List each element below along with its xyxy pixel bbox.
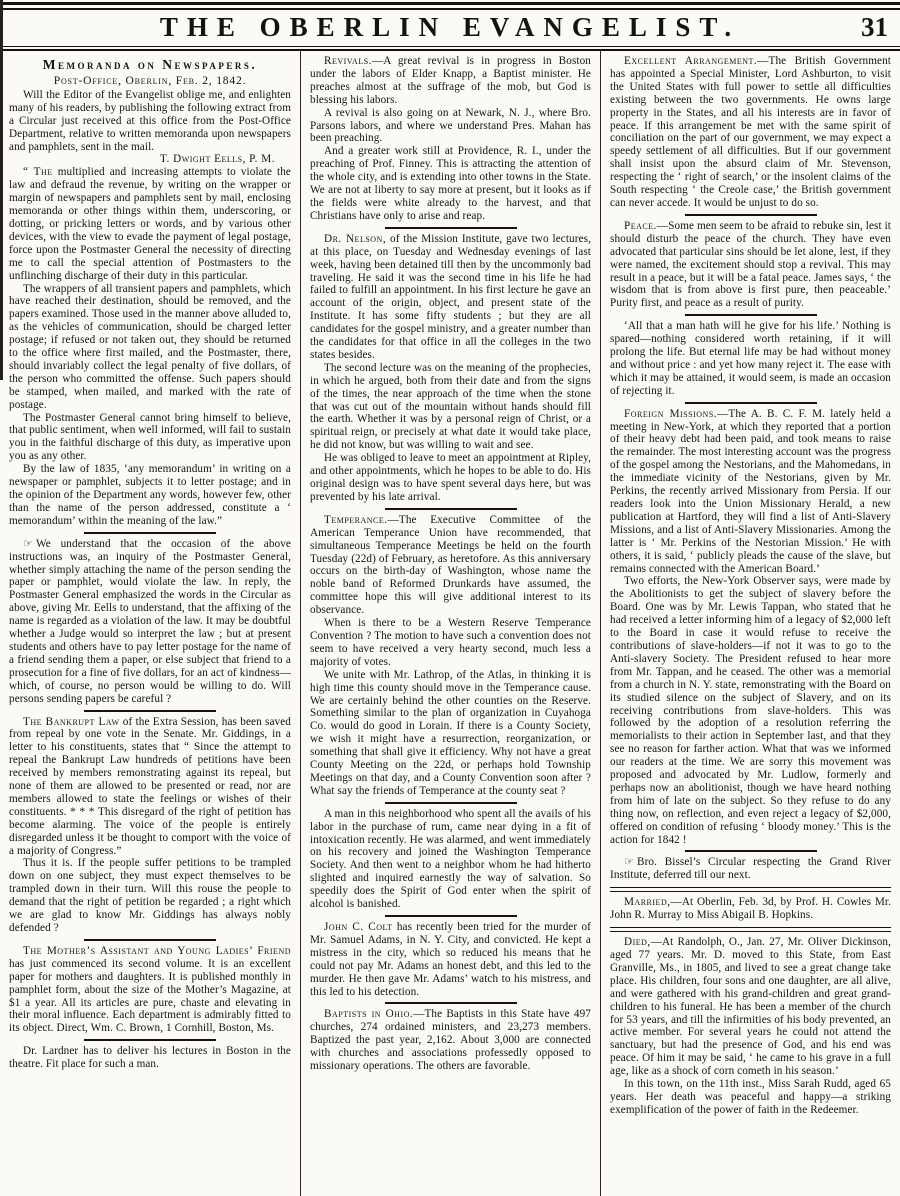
article: Memoranda on Newspapers.Post-Office, Obe… [9, 57, 291, 166]
newspaper-page: THE OBERLIN EVANGELIST. 31 Memoranda on … [0, 0, 900, 1196]
article: Dr. Lardner has to deliver his lectures … [9, 1045, 291, 1071]
article-divider [84, 939, 216, 941]
paragraph: Will the Editor of the Evangelist oblige… [9, 89, 291, 154]
paragraph: Married,—At Oberlin, Feb. 3d, by Prof. H… [610, 896, 891, 922]
article: ‘All that a man hath will he give for hi… [610, 320, 891, 397]
article-divider [84, 1039, 216, 1041]
article: A man in this neighborhood who spent all… [310, 808, 591, 911]
article-divider [385, 227, 517, 229]
column-1: Memoranda on Newspapers.Post-Office, Obe… [0, 51, 300, 1196]
article-dateline: Post-Office, Oberlin, Feb. 2, 1842. [9, 75, 291, 88]
paragraph: Died,—At Randolph, O., Jan. 27, Mr. Oliv… [610, 936, 891, 1078]
article: John C. Colt has recently been tried for… [310, 921, 591, 998]
paragraph: ☞Bro. Bissel’s Circular respecting the G… [610, 856, 891, 882]
article: Baptists in Ohio.—The Baptists in this S… [310, 1008, 591, 1073]
article: Excellent Arrangement.—The British Gover… [610, 55, 891, 210]
paragraph: The Bankrupt Law of the Extra Session, h… [9, 716, 291, 858]
paragraph-lead: Foreign Missions. [624, 408, 717, 420]
paragraph: ‘All that a man hath will he give for hi… [610, 320, 891, 397]
article-divider [385, 1002, 517, 1004]
paragraph: Excellent Arrangement.—The British Gover… [610, 55, 891, 210]
paragraph: “ The multiplied and increasing attempts… [9, 166, 291, 282]
paragraph-lead: Dr. Nelson, [324, 233, 386, 245]
article: Married,—At Oberlin, Feb. 3d, by Prof. H… [610, 896, 891, 922]
article: “ The multiplied and increasing attempts… [9, 166, 291, 527]
section-divider-double-rule [610, 887, 891, 892]
masthead-rule-thin [0, 46, 900, 47]
article-divider [385, 802, 517, 804]
article-divider [84, 532, 216, 534]
paragraph-lead: Married, [624, 896, 671, 908]
paragraph-lead: Died, [624, 936, 651, 948]
paragraph: By the law of 1835, ‘any memorandum’ in … [9, 463, 291, 528]
paragraph: Temperance.—The Executive Committee of t… [310, 514, 591, 617]
scan-edge-artifact [0, 0, 3, 380]
article-heading: Memoranda on Newspapers. [9, 57, 291, 73]
top-rule [0, 8, 900, 10]
paragraph: John C. Colt has recently been tried for… [310, 921, 591, 998]
article: ☞Bro. Bissel’s Circular respecting the G… [610, 856, 891, 882]
article: Peace.—Some men seem to be afraid to reb… [610, 220, 891, 310]
paragraph: The wrappers of all transient papers and… [9, 283, 291, 412]
pointing-hand-icon: ☞ [23, 538, 36, 550]
newspaper-title: THE OBERLIN EVANGELIST. [0, 11, 900, 43]
paragraph: When is there to be a Western Reserve Te… [310, 617, 591, 669]
article-divider [385, 508, 517, 510]
paragraph: Peace.—Some men seem to be afraid to reb… [610, 220, 891, 310]
article-divider [685, 402, 817, 404]
paragraph-lead: John C. Colt [324, 921, 393, 933]
paragraph: Foreign Missions.—The A. B. C. F. M. lat… [610, 408, 891, 576]
paragraph: Revivals.—A great revival is in progress… [310, 55, 591, 107]
article: Temperance.—The Executive Committee of t… [310, 514, 591, 798]
paragraph: A man in this neighborhood who spent all… [310, 808, 591, 911]
paragraph-lead: Temperance. [324, 514, 388, 526]
paragraph: Dr. Nelson, of the Mission Institute, ga… [310, 233, 591, 362]
paragraph: A revival is also going on at Newark, N.… [310, 107, 591, 146]
paragraph-lead: Revivals. [324, 55, 372, 67]
paragraph: Dr. Lardner has to deliver his lectures … [9, 1045, 291, 1071]
article: Died,—At Randolph, O., Jan. 27, Mr. Oliv… [610, 936, 891, 1117]
article-divider [685, 214, 817, 216]
paragraph: ☞We understand that the occasion of the … [9, 538, 291, 706]
paragraph: He was obliged to leave to meet an appoi… [310, 452, 591, 504]
top-rule [0, 2, 900, 5]
paragraph: The second lecture was on the meaning of… [310, 362, 591, 452]
top-border-rules [0, 0, 900, 10]
paragraph-lead: Peace. [624, 220, 657, 232]
article-divider [685, 850, 817, 852]
section-divider-double-rule [610, 927, 891, 932]
article-divider [385, 915, 517, 917]
paragraph-lead: Excellent Arrangement. [624, 55, 757, 67]
paragraph-lead: The Bankrupt Law [23, 716, 120, 728]
column-3: Excellent Arrangement.—The British Gover… [600, 51, 900, 1196]
paragraph-lead: “ The [23, 166, 53, 178]
masthead: THE OBERLIN EVANGELIST. 31 [0, 11, 900, 45]
paragraph: Two efforts, the New-York Observer says,… [610, 575, 891, 846]
paragraph: And a greater work still at Providence, … [310, 145, 591, 222]
paragraph-lead: Baptists in Ohio. [324, 1008, 413, 1020]
signature: T. Dwight Eells, P. M. [9, 153, 291, 166]
paragraph: Thus it is. If the people suffer petitio… [9, 857, 291, 934]
column-2: Revivals.—A great revival is in progress… [300, 51, 600, 1196]
paragraph: The Mother’s Assistant and Young Ladies’… [9, 945, 291, 1035]
article-divider [685, 314, 817, 316]
article: Dr. Nelson, of the Mission Institute, ga… [310, 233, 591, 504]
paragraph: Baptists in Ohio.—The Baptists in this S… [310, 1008, 591, 1073]
paragraph: We unite with Mr. Lathrop, of the Atlas,… [310, 669, 591, 798]
article: ☞We understand that the occasion of the … [9, 538, 291, 706]
article: Revivals.—A great revival is in progress… [310, 55, 591, 223]
article: The Mother’s Assistant and Young Ladies’… [9, 945, 291, 1035]
paragraph: In this town, on the 11th inst., Miss Sa… [610, 1078, 891, 1117]
page-number: 31 [861, 11, 888, 43]
article: Foreign Missions.—The A. B. C. F. M. lat… [610, 408, 891, 847]
paragraph-lead: The Mother’s Assistant and Young Ladies’… [23, 945, 291, 957]
pointing-hand-icon: ☞ [624, 856, 637, 868]
article: The Bankrupt Law of the Extra Session, h… [9, 716, 291, 935]
paragraph: The Postmaster General cannot bring hims… [9, 412, 291, 464]
article-divider [84, 710, 216, 712]
columns-container: Memoranda on Newspapers.Post-Office, Obe… [0, 51, 900, 1196]
